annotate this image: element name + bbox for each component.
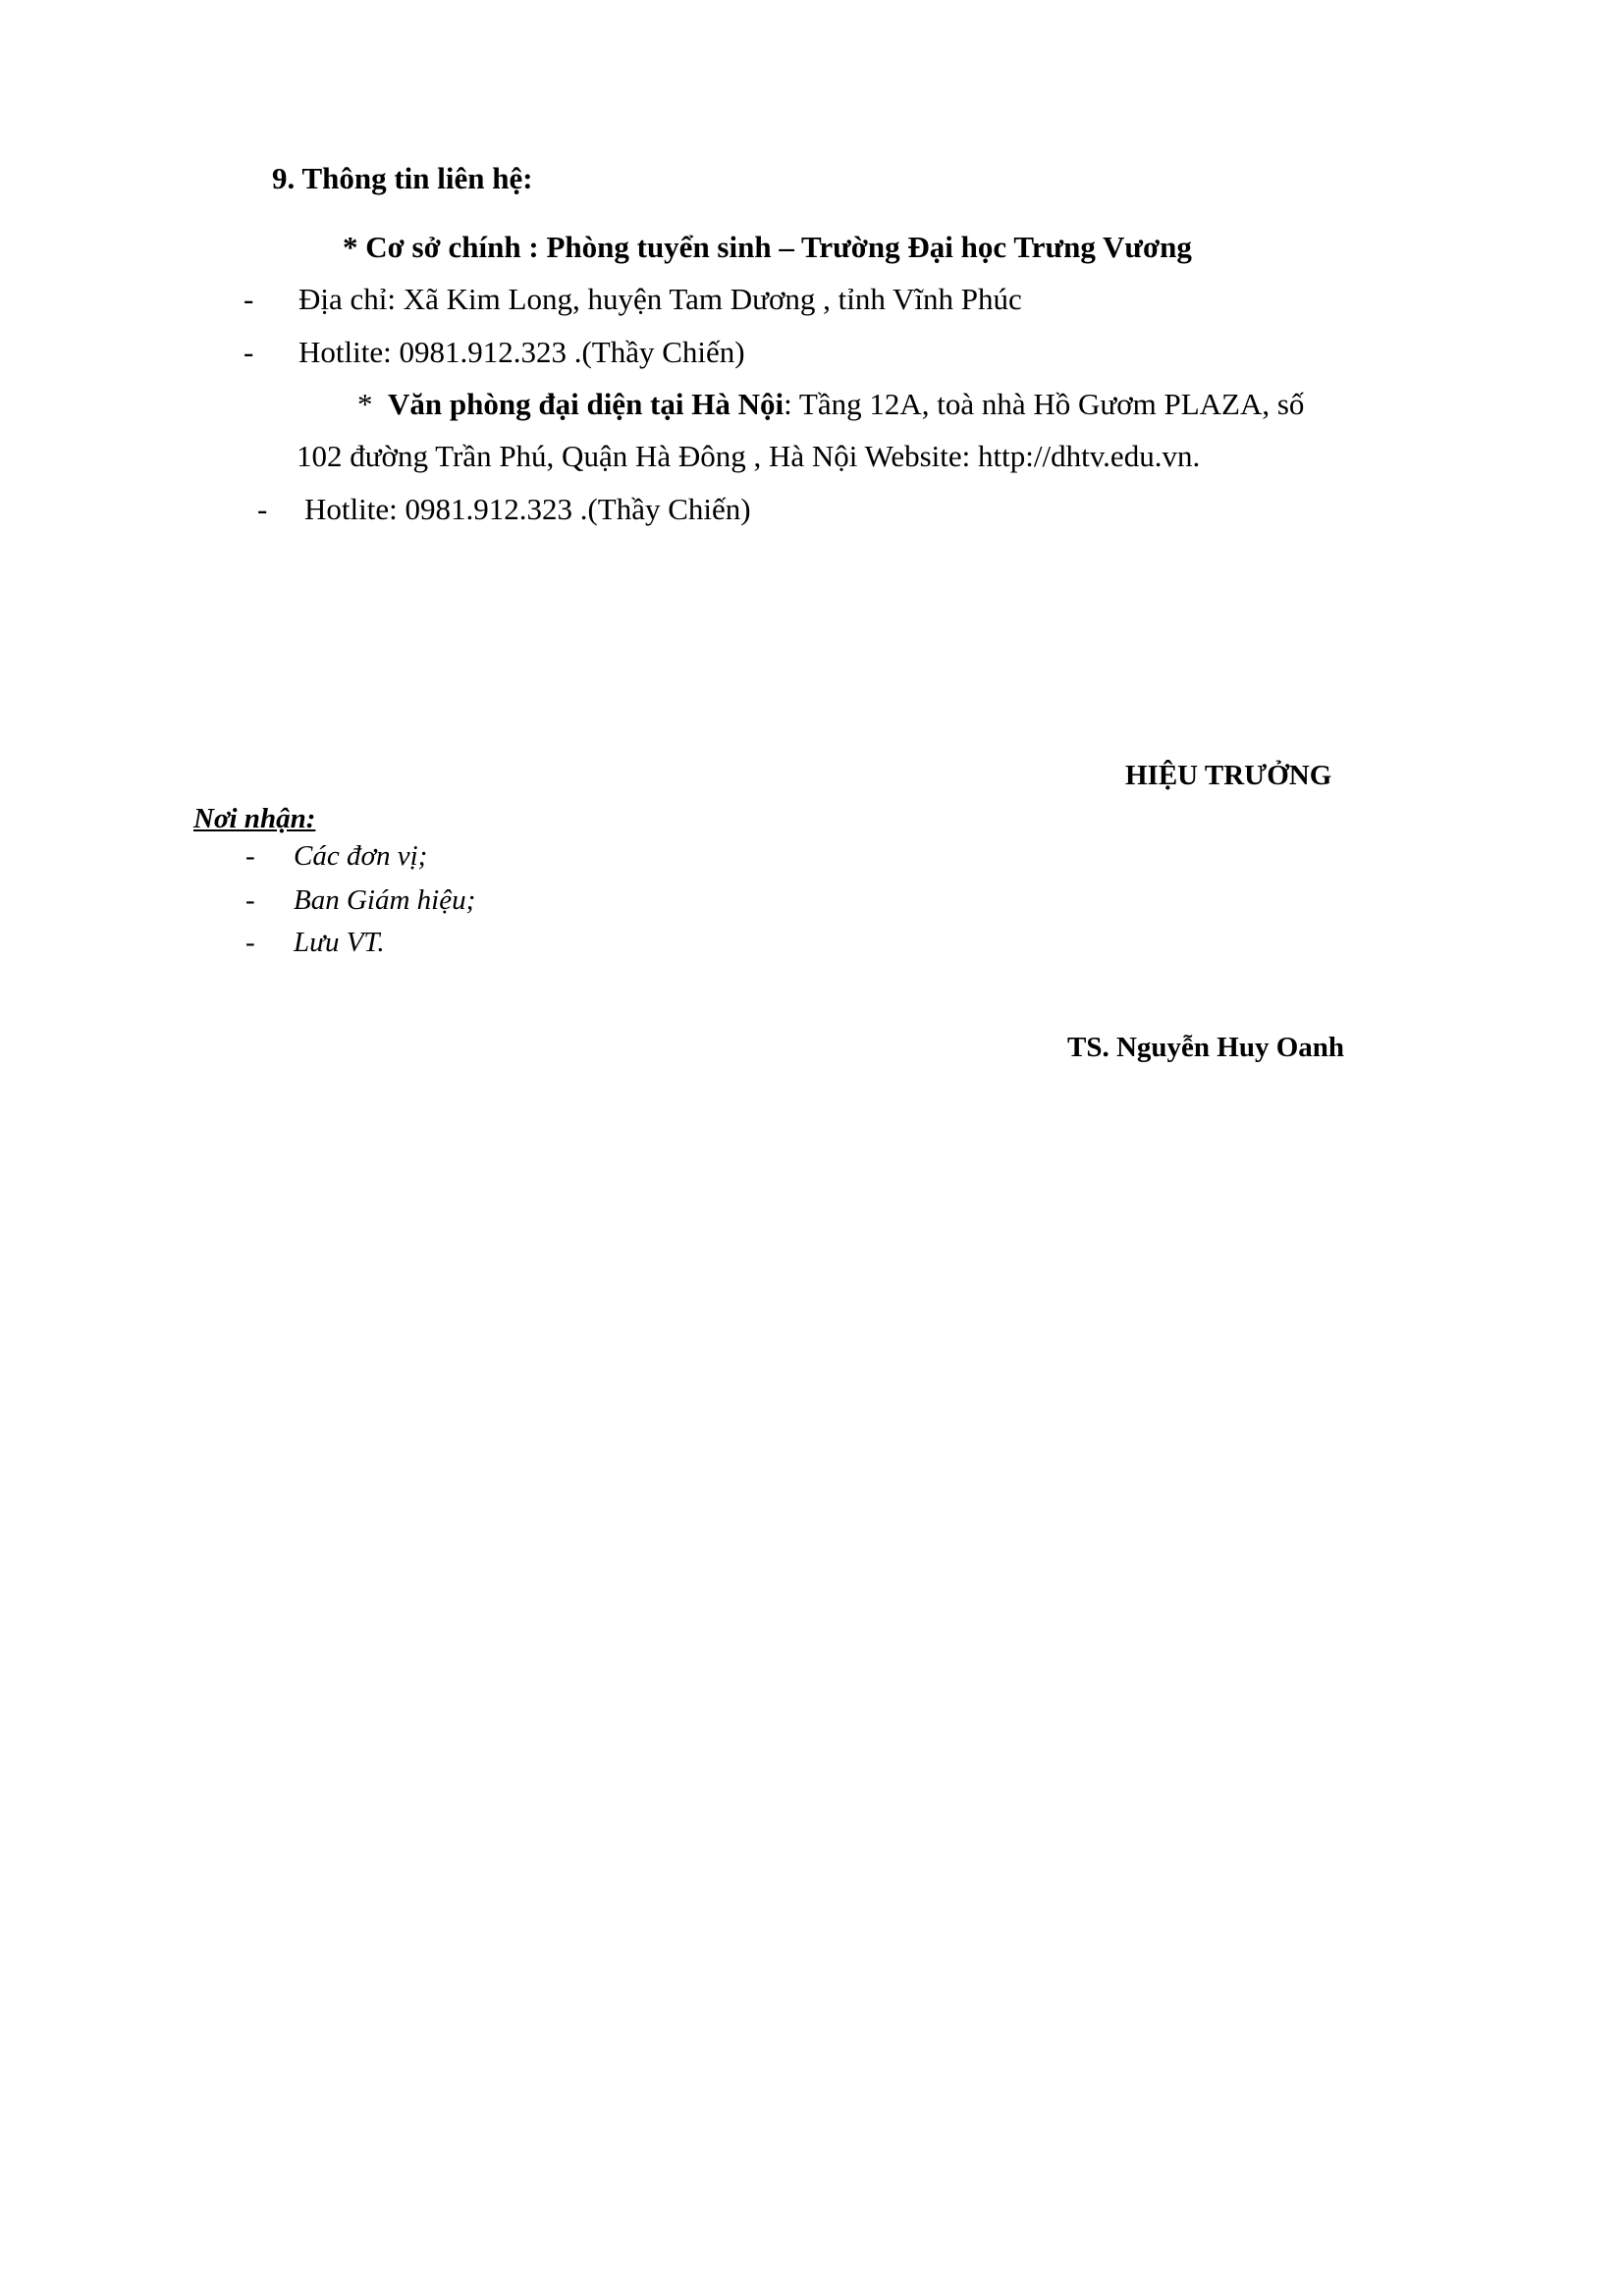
recipients-label: Nơi nhận: (193, 805, 315, 833)
list-bullet: - (245, 929, 255, 957)
list-bullet: - (245, 842, 255, 871)
main-campus-title: * Cơ sở chính : Phòng tuyển sinh – Trườn… (343, 232, 1192, 262)
hanoi-office-address-2: 102 đường Trần Phú, Quận Hà Đông , Hà Nộ… (297, 441, 1200, 471)
bullet-star: * (357, 387, 373, 421)
hotline-line: Hotlite: 0981.912.323 .(Thầy Chiến) (304, 494, 751, 524)
recipient-item: Lưu VT. (294, 929, 385, 957)
recipient-item: Các đơn vị; (294, 842, 427, 871)
hotline-line: Hotlite: 0981.912.323 .(Thầy Chiến) (298, 337, 745, 367)
hanoi-office-label: Văn phòng đại diện tại Hà Nội (388, 387, 784, 421)
recipient-item: Ban Giám hiệu; (294, 886, 475, 915)
address-line: Địa chỉ: Xã Kim Long, huyện Tam Dương , … (298, 284, 1022, 314)
list-bullet: - (243, 284, 253, 314)
list-bullet: - (257, 494, 267, 524)
list-bullet: - (243, 337, 253, 367)
signature-title: HIỆU TRƯỞNG (1125, 762, 1331, 790)
hanoi-office-line: * Văn phòng đại diện tại Hà Nội: Tầng 12… (357, 389, 1304, 419)
signer-name: TS. Nguyễn Huy Oanh (1067, 1034, 1344, 1062)
section-heading: 9. Thông tin liên hệ: (272, 163, 533, 193)
list-bullet: - (245, 886, 255, 915)
hanoi-office-address-1: : Tầng 12A, toà nhà Hồ Gươm PLAZA, số (784, 387, 1304, 421)
